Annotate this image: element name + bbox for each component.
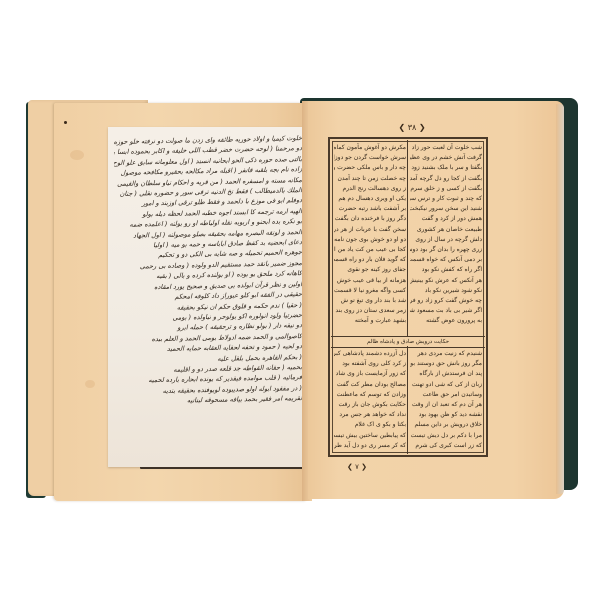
verse-line: شب خلوت آن لعبت حور زاد (410, 143, 482, 153)
verse-line: به پرورون عوض گشته (410, 316, 482, 326)
page-number: ❮ ٣٨ ❯ (392, 123, 432, 132)
handwritten-note: خلوت کیمیا و اولاد حوریه طائفه وای زدن م… (108, 127, 308, 467)
verse-line: که کر مسر ری دو دل آید طر (334, 441, 406, 451)
verse-line: همش دور از کرد و گفت (410, 214, 482, 224)
verse-line: دل آزرده دشمند پادشاهی کبر (334, 349, 406, 359)
verse-line: وساتیدن امر حق طاعت (410, 390, 482, 400)
verse-line: بر دمی آنکس که خواه قسمت (410, 255, 482, 265)
footer-mark: ❮ ٧ ❯ (342, 463, 372, 471)
verse-line: که پیابطین ساختین بیش تیست (334, 431, 406, 441)
verse-line: شد با بند دار وی تیغ تو ش (334, 296, 406, 306)
verse-line: بکتا و بکو ی اک غلام (334, 420, 406, 430)
verse-line: نکو شود شیرین نکو باد (410, 286, 482, 296)
foxing-spot (70, 150, 84, 160)
text-column-bottom-left: دل آزرده دشمند پادشاهی کبرز کرد کلی روی … (334, 349, 406, 453)
verse-line: کسی واگه مغرو نیا لا قسمت (334, 286, 406, 296)
text-column-bottom-right: شنیدم که زنیت مردی دهرمگر روز بانش حق دو… (410, 349, 482, 453)
verse-line: شنیدم که زنیت مردی دهر (410, 349, 482, 359)
verse-line: چه خصلت زمن تا چند آمدن (334, 174, 406, 184)
verse-line: مصالح بودان مطر کت گفت (334, 380, 406, 390)
verse-line: زبان از کی که شی ادو تهنت (410, 380, 482, 390)
verse-line: بگفت از کجا رو دل گرچه آمدن (410, 174, 482, 184)
verse-line: زمر سعدی ستان دز روی بند (334, 306, 406, 316)
verse-line: زری چهره را بدان گر بود دوست (410, 245, 482, 255)
verse-line: سخن گفت با عربات از هر دری (334, 225, 406, 235)
text-column-top-right: شب خلوت آن لعبت حور زادگرفت آتش خشم در و… (410, 143, 482, 333)
section-heading: حکایت درویش صادق و پادشاه ظالم (331, 336, 485, 348)
verse-line: دگر روز با فرخنده دان بگفت (334, 214, 406, 224)
verse-line: بگفت از کسی و ز خلق سرم (410, 184, 482, 194)
verse-line: بشهد عبارت و آمخته (334, 316, 406, 326)
verse-line: حکایت بکوش جان باز رقت (334, 400, 406, 410)
antique-book-photo: خلوت کیمیا و اولاد حوریه طائفه وای زدن م… (0, 0, 600, 600)
handwritten-text: خلوت کیمیا و اولاد حوریه طائفه وای زدن م… (114, 135, 302, 459)
verse-line: نقشه دید کو ظن بهود بود (410, 410, 482, 420)
verse-line: وزادن که توسم که ماعطنت (334, 390, 406, 400)
right-page-edge (556, 104, 564, 494)
verse-line: ز روی دهسالت رنج الدرم (334, 184, 406, 194)
verse-line: مرا با دکم بر دل دیش تیست (410, 431, 482, 441)
column-divider (407, 346, 408, 454)
verse-line: که گوید فلان بار دو راه قسمت (334, 255, 406, 265)
verse-line: مکرش دو آغوش مآمون کماه (334, 143, 406, 153)
verse-line: پند ان فرستدش از بارگاه (410, 369, 482, 379)
verse-line: که چند و ثبوت کار و ترس سیم (410, 194, 482, 204)
verse-line: دلش گرچه در سال از روی (410, 235, 482, 245)
verse-line: خلاق درویش بر داین مسلم (410, 420, 482, 430)
verse-line: نداد که خواهد هر جس مرد (334, 410, 406, 420)
verse-line: جفای روز کینه جو نقوی (334, 265, 406, 275)
verse-line: دو او دو خوش بوی جون نامه شد (334, 235, 406, 245)
verse-line: که زر است کبری کی شرم (410, 441, 482, 451)
text-column-top-left: مکرش دو آغوش مآمون کماهسرش خواست گردن جو… (334, 143, 406, 333)
column-divider (407, 140, 408, 336)
ink-dot (64, 121, 67, 124)
verse-line: چه دار و باس ملکی حضرت و تیغ (334, 163, 406, 173)
verse-line: هر آن دم که تعبد ان از وقت (410, 400, 482, 410)
verse-line: چه خوش گفت کرو زاد رو فروش (410, 296, 482, 306)
verse-line: طبیعت خاصان هر کشوری (410, 225, 482, 235)
verse-line: مگر روز بانش حق دوستند بود (410, 359, 482, 369)
verse-line: هزمانه از بیا قی عیب خوش (334, 276, 406, 286)
verse-line: شنید این سخن سرور نیکبخت (410, 204, 482, 214)
verse-line: بگفتا و سر با ملک بشنید زود (410, 163, 482, 173)
verse-line: بر آشفت باشد رتبه حضرت (334, 204, 406, 214)
verse-line: یکی او ویری دهسال دم هم (334, 194, 406, 204)
verse-line: ز کرد کلی روی آشفته بود (334, 359, 406, 369)
verse-line: اگر راه که کفش نکو بود (410, 265, 482, 275)
verse-line: هر آنکس که عرش نکو بینیش (410, 276, 482, 286)
cover-tab (570, 118, 578, 130)
verse-line: که زور آزمایست باز وی شاد (334, 369, 406, 379)
verse-line: اگر شیر بی باد بت مسعود شد (410, 306, 482, 316)
verse-line: سرش خواست گردن جو دوزا دونیم (334, 153, 406, 163)
foxing-spot (85, 380, 95, 388)
verse-line: گرفت آتش خشم در وی عظیم (410, 153, 482, 163)
verse-line: کجا بی عیب من کت یاد من اوست (334, 245, 406, 255)
